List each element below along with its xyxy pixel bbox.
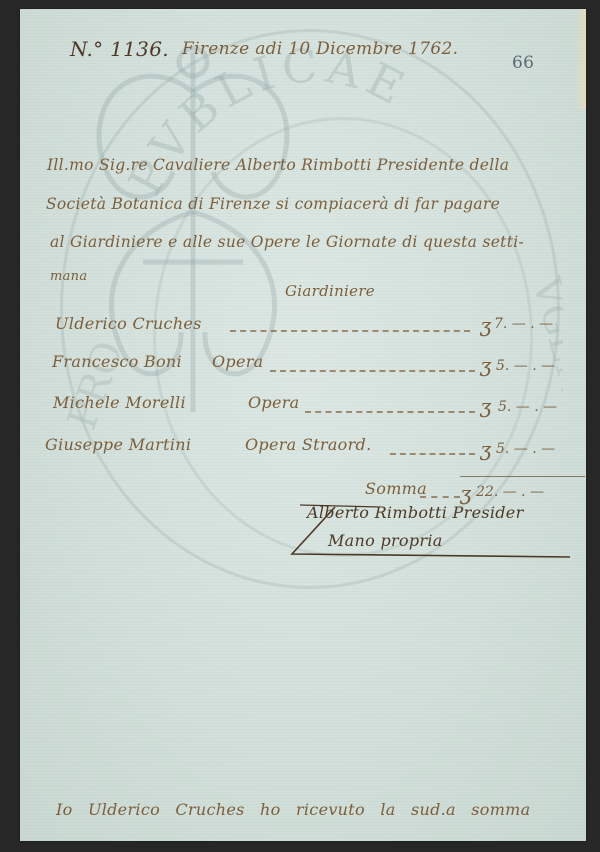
currency-mark: ʒ xyxy=(480,353,491,377)
currency-mark: ʒ xyxy=(480,437,491,461)
leader-dashes xyxy=(305,411,475,413)
entry-amount: 5. — . — xyxy=(498,399,557,415)
entry-amount: 5. — . — xyxy=(496,441,555,457)
entry-role: Opera Straord. xyxy=(245,435,372,454)
entry-name: Ulderico Cruches xyxy=(55,314,202,333)
leader-dashes xyxy=(420,496,460,498)
document-sheet: PVBLICAE PRO VGENTIA N.° 1136. Fi xyxy=(20,9,586,841)
entry-amount: 5. — . — xyxy=(496,358,555,374)
entry-role: Opera xyxy=(248,393,300,412)
section-heading: Giardiniere xyxy=(285,282,375,300)
currency-mark: ʒ xyxy=(480,394,491,418)
leader-dashes xyxy=(270,370,475,372)
paper-yellowed-edge xyxy=(576,9,586,109)
entry-role: Opera xyxy=(212,352,264,371)
body-line-1: Ill.mo Sig.re Cavaliere Alberto Rimbotti… xyxy=(47,156,509,174)
folio-number: 66 xyxy=(512,53,534,73)
place-date: Firenze adi 10 Dicembre 1762. xyxy=(182,39,458,59)
leader-dashes xyxy=(230,330,470,332)
leader-dashes xyxy=(390,453,475,455)
total-amount: 22. — . — xyxy=(476,484,544,500)
body-line-3: al Giardiniere e alle sue Opere le Giorn… xyxy=(50,233,524,251)
currency-mark: ʒ xyxy=(480,313,491,337)
entry-amount: 7. — . — xyxy=(494,316,553,332)
entry-name: Michele Morelli xyxy=(53,393,186,412)
body-line-4: mana xyxy=(50,269,87,284)
signature-line-1: Alberto Rimbotti Presider xyxy=(307,503,524,522)
sum-rule xyxy=(460,476,585,477)
total-label: Somma xyxy=(365,479,427,498)
entry-name: Francesco Boni xyxy=(52,352,182,371)
entry-name: Giuseppe Martini xyxy=(45,435,191,454)
receipt-line: Io Ulderico Cruches ho ricevuto la sud.a… xyxy=(56,800,530,819)
scan-background: PVBLICAE PRO VGENTIA N.° 1136. Fi xyxy=(0,0,600,852)
body-line-2: Società Botanica di Firenze si compiacer… xyxy=(46,195,500,213)
document-number: N.° 1136. xyxy=(70,37,169,61)
signature-line-2: Mano propria xyxy=(328,531,443,550)
